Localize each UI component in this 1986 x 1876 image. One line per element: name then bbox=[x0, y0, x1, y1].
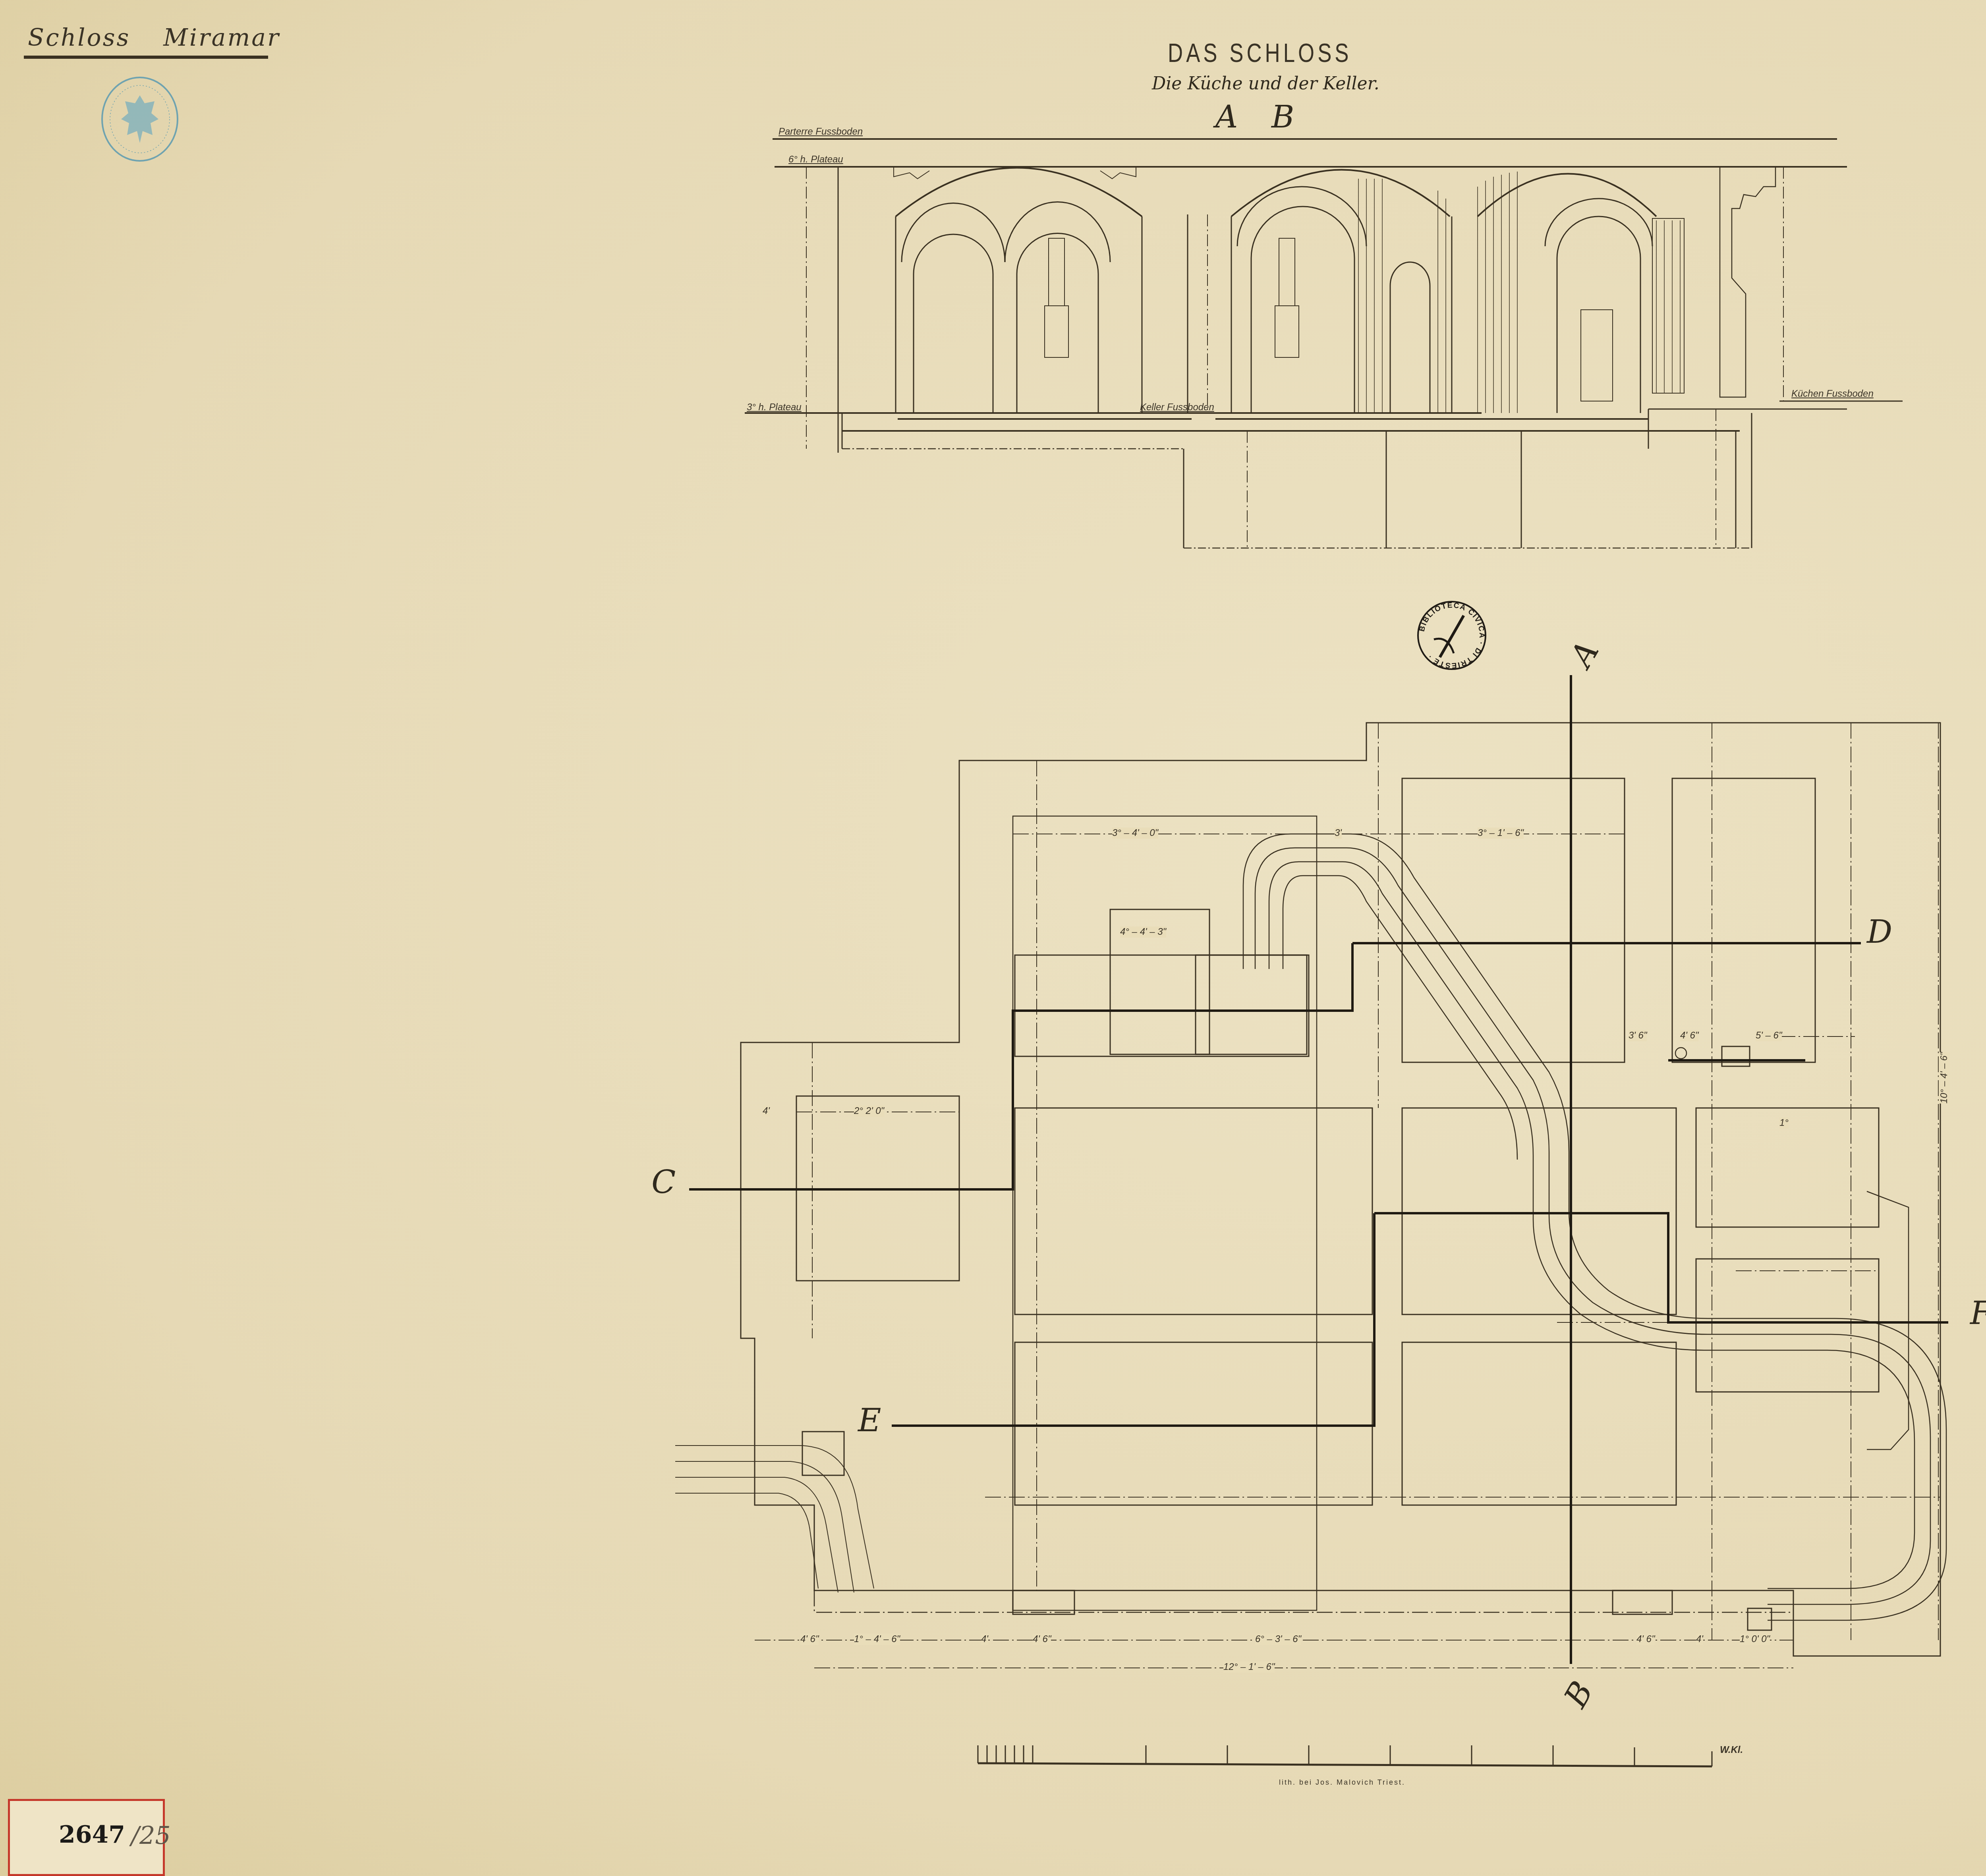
dimension-label: 1° bbox=[1779, 1117, 1789, 1129]
dimension-label: 4° – 4' – 3" bbox=[1120, 926, 1166, 938]
dimension-label: 6° – 3' – 6" bbox=[1255, 1634, 1301, 1645]
section-marker-c: C bbox=[651, 1164, 676, 1200]
floor-plan bbox=[675, 675, 1948, 1766]
architectural-drawing bbox=[0, 0, 1986, 1876]
dimension-label: 4' bbox=[763, 1106, 770, 1117]
section-cut-lines bbox=[689, 675, 1948, 1664]
dimension-label: 1° – 4' – 6" bbox=[854, 1634, 900, 1645]
level-label-3-plateau: 3° h. Plateau bbox=[747, 402, 802, 413]
dimension-label: 4' 6" bbox=[1033, 1634, 1051, 1645]
dimension-label: 1° 0' 0" bbox=[1740, 1634, 1770, 1645]
dimension-lines bbox=[755, 723, 1940, 1668]
section-marker-e: E bbox=[858, 1402, 881, 1439]
dimension-label: 4' 6" bbox=[1680, 1030, 1698, 1041]
dimension-label-overall: 12° – 1' – 6" bbox=[1223, 1662, 1275, 1673]
section-marker-f: F bbox=[1970, 1295, 1986, 1332]
dimension-label: 3° – 4' – 0" bbox=[1112, 828, 1158, 839]
dimension-label-right-overall: 10° – 4' – 6" bbox=[1939, 1052, 1950, 1103]
dimension-label: 3' 6" bbox=[1629, 1030, 1647, 1041]
dimension-label: 4' bbox=[981, 1634, 988, 1645]
dimension-label: 4' 6" bbox=[800, 1634, 819, 1645]
catalog-subnumber: /25 bbox=[131, 1821, 171, 1850]
scale-bar bbox=[978, 1745, 1712, 1766]
dimension-label: 2° 2' 0" bbox=[854, 1106, 884, 1117]
dimension-label: 4' 6" bbox=[1636, 1634, 1655, 1645]
drawing-sheet: Schloss Miramar DAS SCHLOSS Die Küche un… bbox=[0, 0, 1986, 1876]
level-label-kuechen: Küchen Fussboden bbox=[1791, 388, 1874, 400]
lithographer-credit: lith. bei Jos. Malovich Triest. bbox=[1279, 1778, 1405, 1787]
level-label-parterre: Parterre Fussboden bbox=[779, 126, 863, 137]
dimension-label: 3' bbox=[1335, 828, 1342, 839]
dimension-label: 4' bbox=[1696, 1634, 1703, 1645]
section-marker-d: D bbox=[1867, 913, 1892, 950]
catalog-number: 2647 bbox=[59, 1821, 125, 1849]
level-label-keller: Keller Fussboden bbox=[1140, 402, 1214, 413]
dimension-label: 3° – 1' – 6" bbox=[1478, 828, 1524, 839]
dimension-label: 5' – 6" bbox=[1756, 1030, 1782, 1041]
section-elevation bbox=[745, 139, 1903, 548]
scale-bar-unit: W.Kl. bbox=[1720, 1745, 1743, 1756]
level-label-6-plateau: 6° h. Plateau bbox=[788, 154, 843, 165]
